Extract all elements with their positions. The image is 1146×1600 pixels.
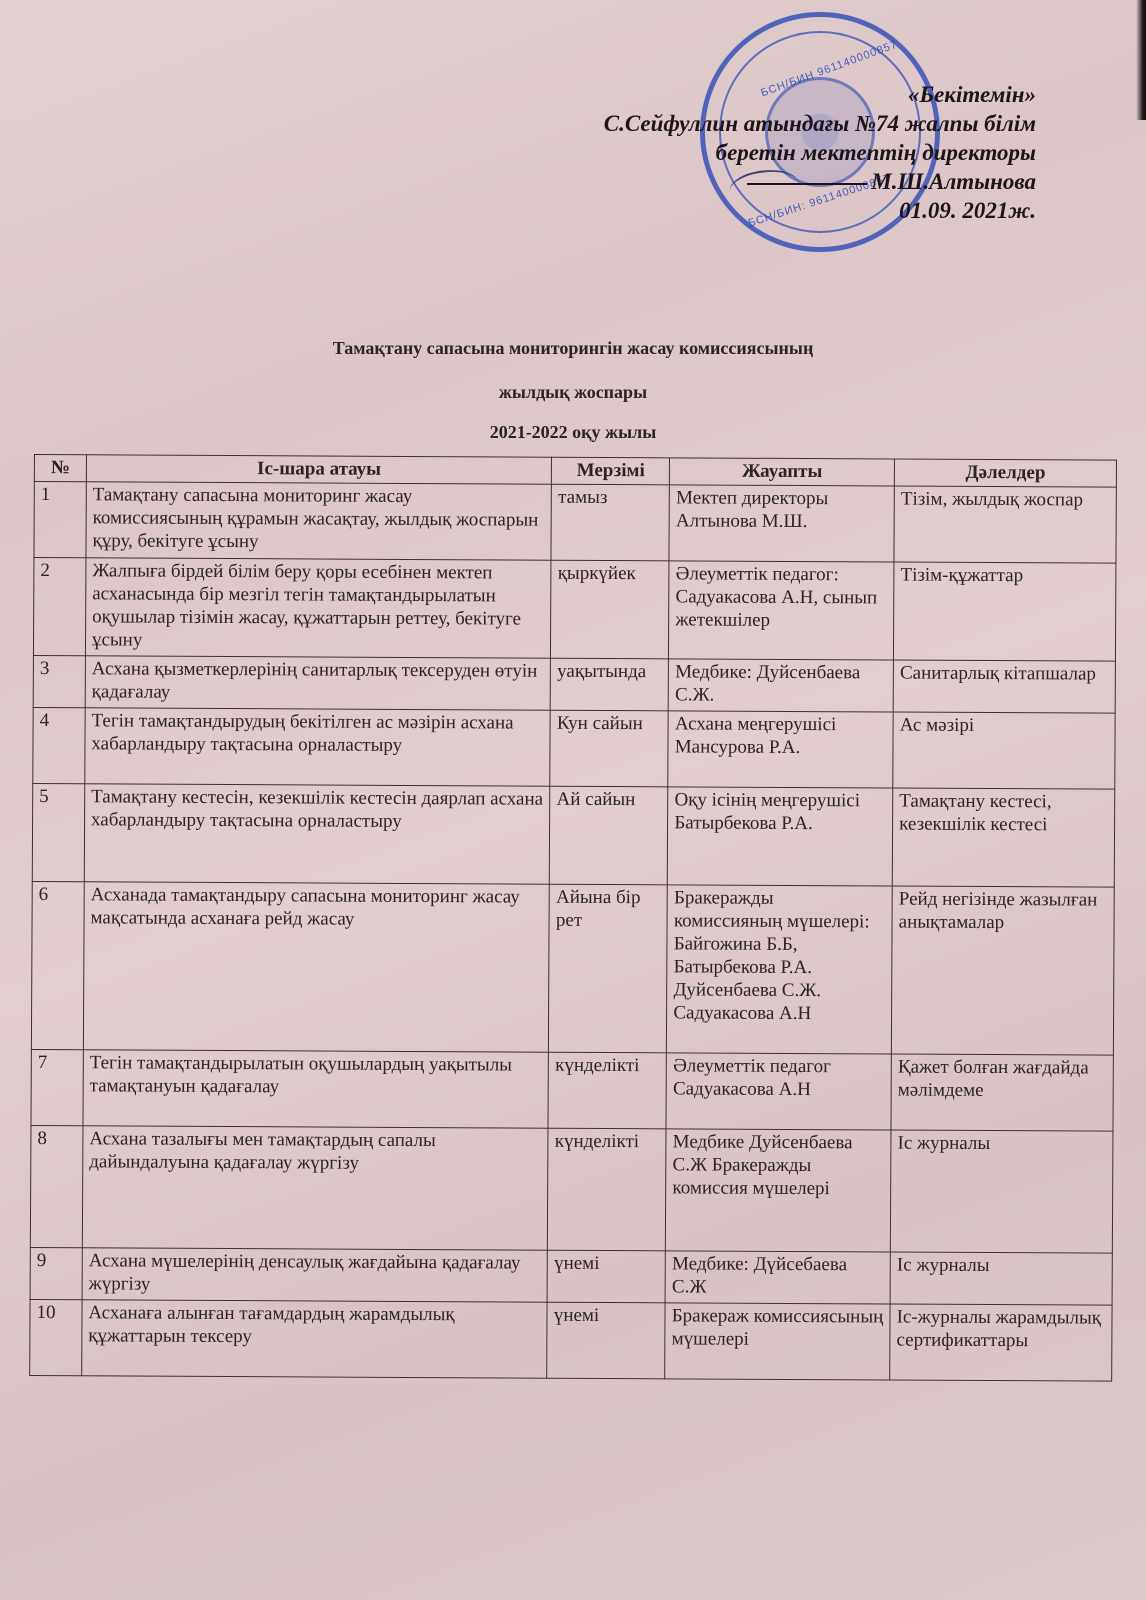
approval-director-name: М.Ш.Алтынова <box>871 169 1036 194</box>
approval-position-line: беретін мектептің директоры <box>604 138 1036 167</box>
row-activity: Тамақтану сапасына мониторинг жасау коми… <box>86 482 552 560</box>
document-title: Тамақтану сапасына мониторингін жасау ко… <box>0 338 1146 359</box>
table-row: 5 Тамақтану кестесін, кезекшілік кестесі… <box>32 783 1114 887</box>
row-evidence: Тізім, жылдық жоспар <box>894 486 1116 563</box>
row-activity: Асхана қызметкерлерінің санитарлық тексе… <box>85 656 551 710</box>
row-number: 7 <box>31 1049 83 1125</box>
row-responsible: Әлеуметтік педагог: Садуакасова А.Н, сын… <box>669 561 894 660</box>
row-activity: Тегін тамақтандырудың бекітілген ас мәзі… <box>85 708 551 786</box>
approval-block: «Бекітемін» С.Сейфуллин атындағы №74 жал… <box>604 80 1036 225</box>
row-activity: Асханада тамақтандыру сапасына мониторин… <box>83 882 549 1052</box>
row-deadline: Кун сайын <box>550 710 668 787</box>
row-number: 3 <box>33 655 85 707</box>
row-evidence: Тізім-құжаттар <box>894 562 1116 661</box>
table-row: 7 Тегін тамақтандырылатын оқушылардың уа… <box>31 1049 1113 1131</box>
row-activity: Асханаға алынған тағамдардың жарамдылық … <box>82 1300 548 1378</box>
row-activity: Тегін тамақтандырылатын оқушылардың уақы… <box>83 1050 549 1128</box>
row-responsible: Асхана меңгерушісі Мансурова Р.А. <box>668 711 893 788</box>
row-number: 1 <box>34 482 86 558</box>
row-deadline: Ай сайын <box>550 786 668 885</box>
row-responsible: Әлеуметтік педагог Садуакасова А.Н <box>666 1053 891 1130</box>
academic-year: 2021-2022 оқу жылы <box>0 422 1146 443</box>
row-number: 4 <box>33 707 85 783</box>
row-deadline: үнемі <box>547 1302 665 1379</box>
row-evidence: Рейд негізінде жазылған анықтамалар <box>891 886 1114 1055</box>
row-evidence: Іс-журналы жарамдылық сертификаттары <box>890 1304 1112 1381</box>
row-number: 6 <box>31 881 84 1049</box>
row-number: 8 <box>30 1125 83 1247</box>
annual-plan-table: № Іс-шара атауы Мерзімі Жауапты Дәлелдер… <box>29 454 1117 1382</box>
header-responsible: Жауапты <box>670 458 895 486</box>
row-responsible: Медбике Дуйсенбаева С.Ж Бракеражды комис… <box>666 1129 891 1252</box>
row-activity: Асхана тазалығы мен тамақтардың сапалы д… <box>82 1126 548 1250</box>
row-responsible: Мектеп директоры Алтынова М.Ш. <box>669 485 894 562</box>
row-responsible: Бракеражды комиссияның мүшелері: Байгожи… <box>667 885 893 1054</box>
row-deadline: күнделікті <box>548 1128 667 1251</box>
document-subtitle: жылдық жоспары <box>0 382 1146 403</box>
row-evidence: Іс журналы <box>890 1252 1112 1305</box>
row-number: 5 <box>32 783 84 881</box>
row-responsible: Оқу ісінің меңгерушісі Батырбекова Р.А. <box>668 787 893 886</box>
table-row: 3 Асхана қызметкерлерінің санитарлық тек… <box>33 655 1115 713</box>
table-row: 6 Асханада тамақтандыру сапасына монитор… <box>31 881 1114 1055</box>
row-activity: Тамақтану кестесін, кезекшілік кестесін … <box>84 784 550 884</box>
row-deadline: тамыз <box>551 484 669 561</box>
row-deadline: уақытында <box>551 658 669 711</box>
row-deadline: үнемі <box>547 1250 665 1303</box>
row-responsible: Медбике: Дүйсебаева С.Ж <box>665 1251 890 1304</box>
table-row: 1 Тамақтану сапасына мониторинг жасау ко… <box>34 482 1116 564</box>
table-row: 8 Асхана тазалығы мен тамақтардың сапалы… <box>30 1125 1113 1253</box>
approval-signature-line: М.Ш.Алтынова <box>604 167 1036 196</box>
approval-date: 01.09. 2021ж. <box>604 196 1036 225</box>
table-row: 2 Жалпыға бірдей білім беру қоры есебіне… <box>33 558 1115 662</box>
approval-school-line: С.Сейфуллин атындағы №74 жалпы білім <box>604 109 1036 138</box>
row-responsible: Бракераж комиссиясының мүшелері <box>665 1303 890 1380</box>
table-row: 10 Асханаға алынған тағамдардың жарамдыл… <box>30 1299 1112 1381</box>
row-evidence: Тамақтану кестесі, кезекшілік кестесі <box>892 788 1114 887</box>
page-edge-shadow <box>1136 0 1146 120</box>
header-number: № <box>34 455 86 482</box>
table-row: 4 Тегін тамақтандырудың бекітілген ас мә… <box>33 707 1115 789</box>
header-activity: Іс-шара атауы <box>86 455 552 484</box>
row-evidence: Іс журналы <box>890 1130 1113 1253</box>
row-evidence: Қажет болған жағдайда мәлімдеме <box>891 1054 1113 1131</box>
row-number: 10 <box>30 1299 82 1375</box>
approval-heading: «Бекітемін» <box>604 80 1036 109</box>
row-deadline: күнделікті <box>548 1052 666 1129</box>
row-responsible: Медбике: Дуйсенбаева С.Ж. <box>668 659 893 712</box>
row-deadline: қыркүйек <box>551 560 669 659</box>
row-number: 9 <box>30 1247 82 1299</box>
header-evidence: Дәлелдер <box>894 459 1116 487</box>
row-activity: Асхана мүшелерінің денсаулық жағдайына қ… <box>82 1248 548 1302</box>
row-evidence: Ас мәзірі <box>893 712 1115 789</box>
row-number: 2 <box>33 558 85 656</box>
row-activity: Жалпыға бірдей білім беру қоры есебінен … <box>85 558 551 658</box>
row-evidence: Санитарлық кітапшалар <box>893 660 1115 713</box>
table-row: 9 Асхана мүшелерінің денсаулық жағдайына… <box>30 1247 1112 1305</box>
row-deadline: Айына бір рет <box>549 884 668 1053</box>
header-deadline: Мерзімі <box>552 457 670 485</box>
